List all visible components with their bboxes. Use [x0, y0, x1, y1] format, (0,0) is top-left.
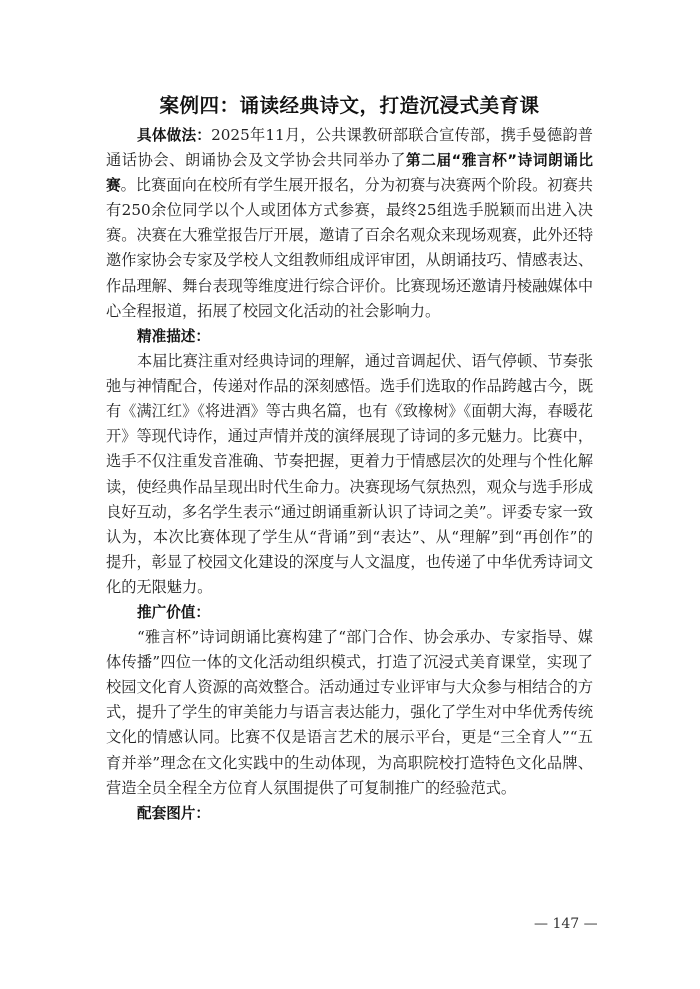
section-value: 推广价值： “雅言杯”诗词朗诵比赛构建了“部门合作、协会承办、专家指导、媒体传播… [106, 600, 593, 801]
description-paragraph: 本届比赛注重对经典诗词的理解，通过音调起伏、语气停顿、节奏张弛与神情配合，传递对… [106, 349, 593, 600]
method-text-2: 。比赛面向在校所有学生展开报名，分为初赛与决赛两个阶段。初赛共有250余位同学以… [106, 176, 593, 319]
description-heading: 精准描述： [106, 324, 593, 349]
page-number: — 147 — [534, 916, 598, 932]
page-title: 案例四：诵读经典诗文，打造沉浸式美育课 [106, 90, 593, 118]
section-description: 精准描述： 本届比赛注重对经典诗词的理解，通过音调起伏、语气停顿、节奏张弛与神情… [106, 324, 593, 600]
section-method: 具体做法：2025年11月，公共课教研部联合宣传部，携手曼德韵普通话协会、朗诵协… [106, 123, 593, 324]
method-paragraph: 具体做法：2025年11月，公共课教研部联合宣传部，携手曼德韵普通话协会、朗诵协… [106, 123, 593, 324]
value-paragraph: “雅言杯”诗词朗诵比赛构建了“部门合作、协会承办、专家指导、媒体传播”四位一体的… [106, 625, 593, 801]
images-heading: 配套图片： [106, 801, 593, 826]
section-images: 配套图片： [106, 801, 593, 826]
value-heading: 推广价值： [106, 600, 593, 625]
method-label: 具体做法： [137, 127, 211, 144]
